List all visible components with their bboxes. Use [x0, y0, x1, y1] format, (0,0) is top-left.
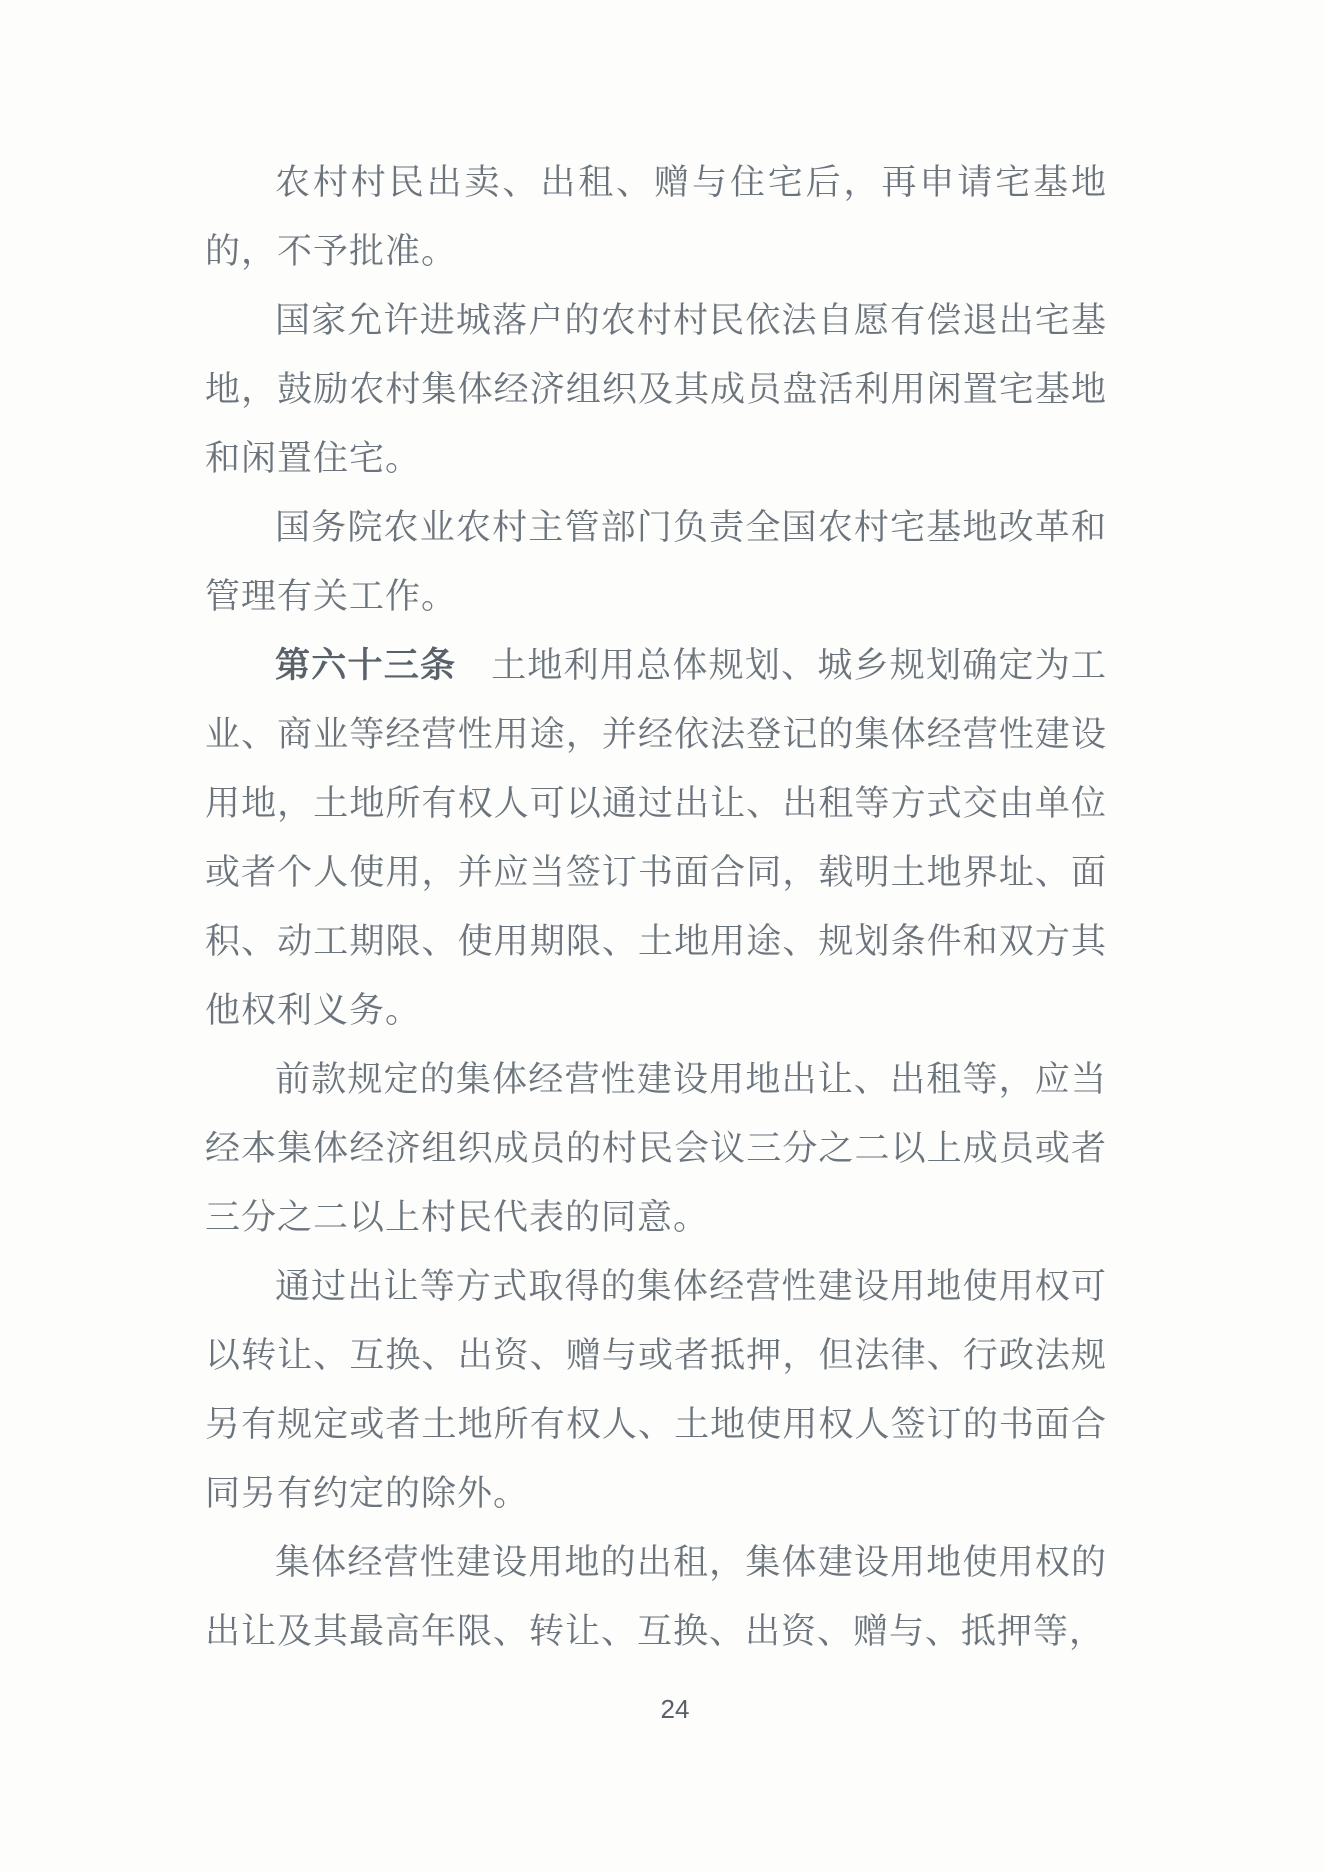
document-body: 农村村民出卖、出租、赠与住宅后，再申请宅基地的，不予批准。 国家允许进城落户的农…: [205, 148, 1107, 1666]
document-page: 农村村民出卖、出租、赠与住宅后，再申请宅基地的，不予批准。 国家允许进城落户的农…: [0, 0, 1324, 1872]
page-number: 24: [0, 1694, 1324, 1725]
paragraph: 前款规定的集体经营性建设用地出让、出租等，应当经本集体经济组织成员的村民会议三分…: [205, 1045, 1107, 1252]
paragraph: 国务院农业农村主管部门负责全国农村宅基地改革和管理有关工作。: [205, 493, 1107, 631]
paragraph: 国家允许进城落户的农村村民依法自愿有偿退出宅基地，鼓励农村集体经济组织及其成员盘…: [205, 286, 1107, 493]
article-number: 第六十三条: [275, 646, 456, 685]
paragraph: 集体经营性建设用地的出租，集体建设用地使用权的出让及其最高年限、转让、互换、出资…: [205, 1528, 1107, 1666]
paragraph-text: 土地利用总体规划、城乡规划确定为工业、商业等经营性用途，并经依法登记的集体经营性…: [205, 646, 1107, 1030]
paragraph: 通过出让等方式取得的集体经营性建设用地使用权可以转让、互换、出资、赠与或者抵押，…: [205, 1252, 1107, 1528]
paragraph-article-63: 第六十三条土地利用总体规划、城乡规划确定为工业、商业等经营性用途，并经依法登记的…: [205, 631, 1107, 1045]
paragraph: 农村村民出卖、出租、赠与住宅后，再申请宅基地的，不予批准。: [205, 148, 1107, 286]
